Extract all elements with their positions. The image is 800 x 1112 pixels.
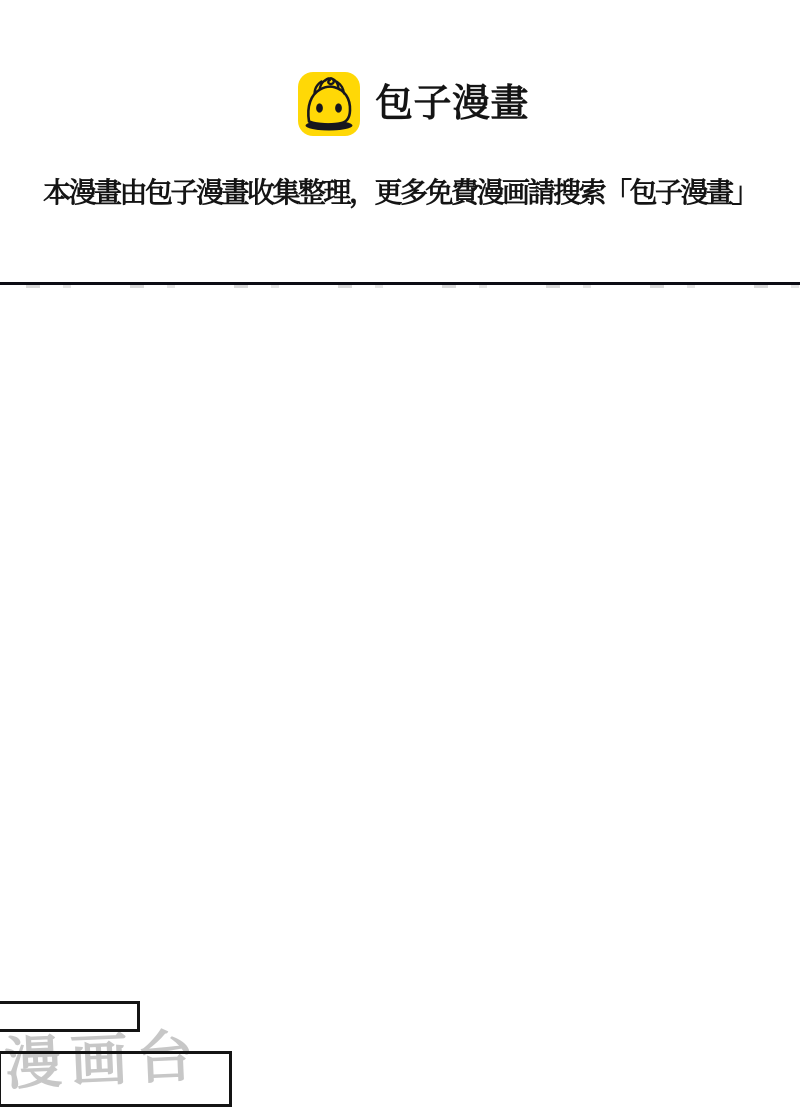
notice-text: 本漫畫由包子漫畫收集整理，更多免費漫画請搜索「包子漫畫」 (0, 176, 800, 210)
speech-box-large (0, 1051, 232, 1107)
app-name: 包子漫畫 (375, 85, 529, 123)
baozi-logo-icon (297, 68, 361, 140)
panel-border-artifacts (0, 285, 800, 288)
brand-header: 包子漫畫 (0, 67, 800, 141)
comic-page: 包子漫畫 本漫畫由包子漫畫收集整理，更多免費漫画請搜索「包子漫畫」 漫画台 (0, 0, 800, 1112)
speech-box-small (0, 1001, 140, 1032)
